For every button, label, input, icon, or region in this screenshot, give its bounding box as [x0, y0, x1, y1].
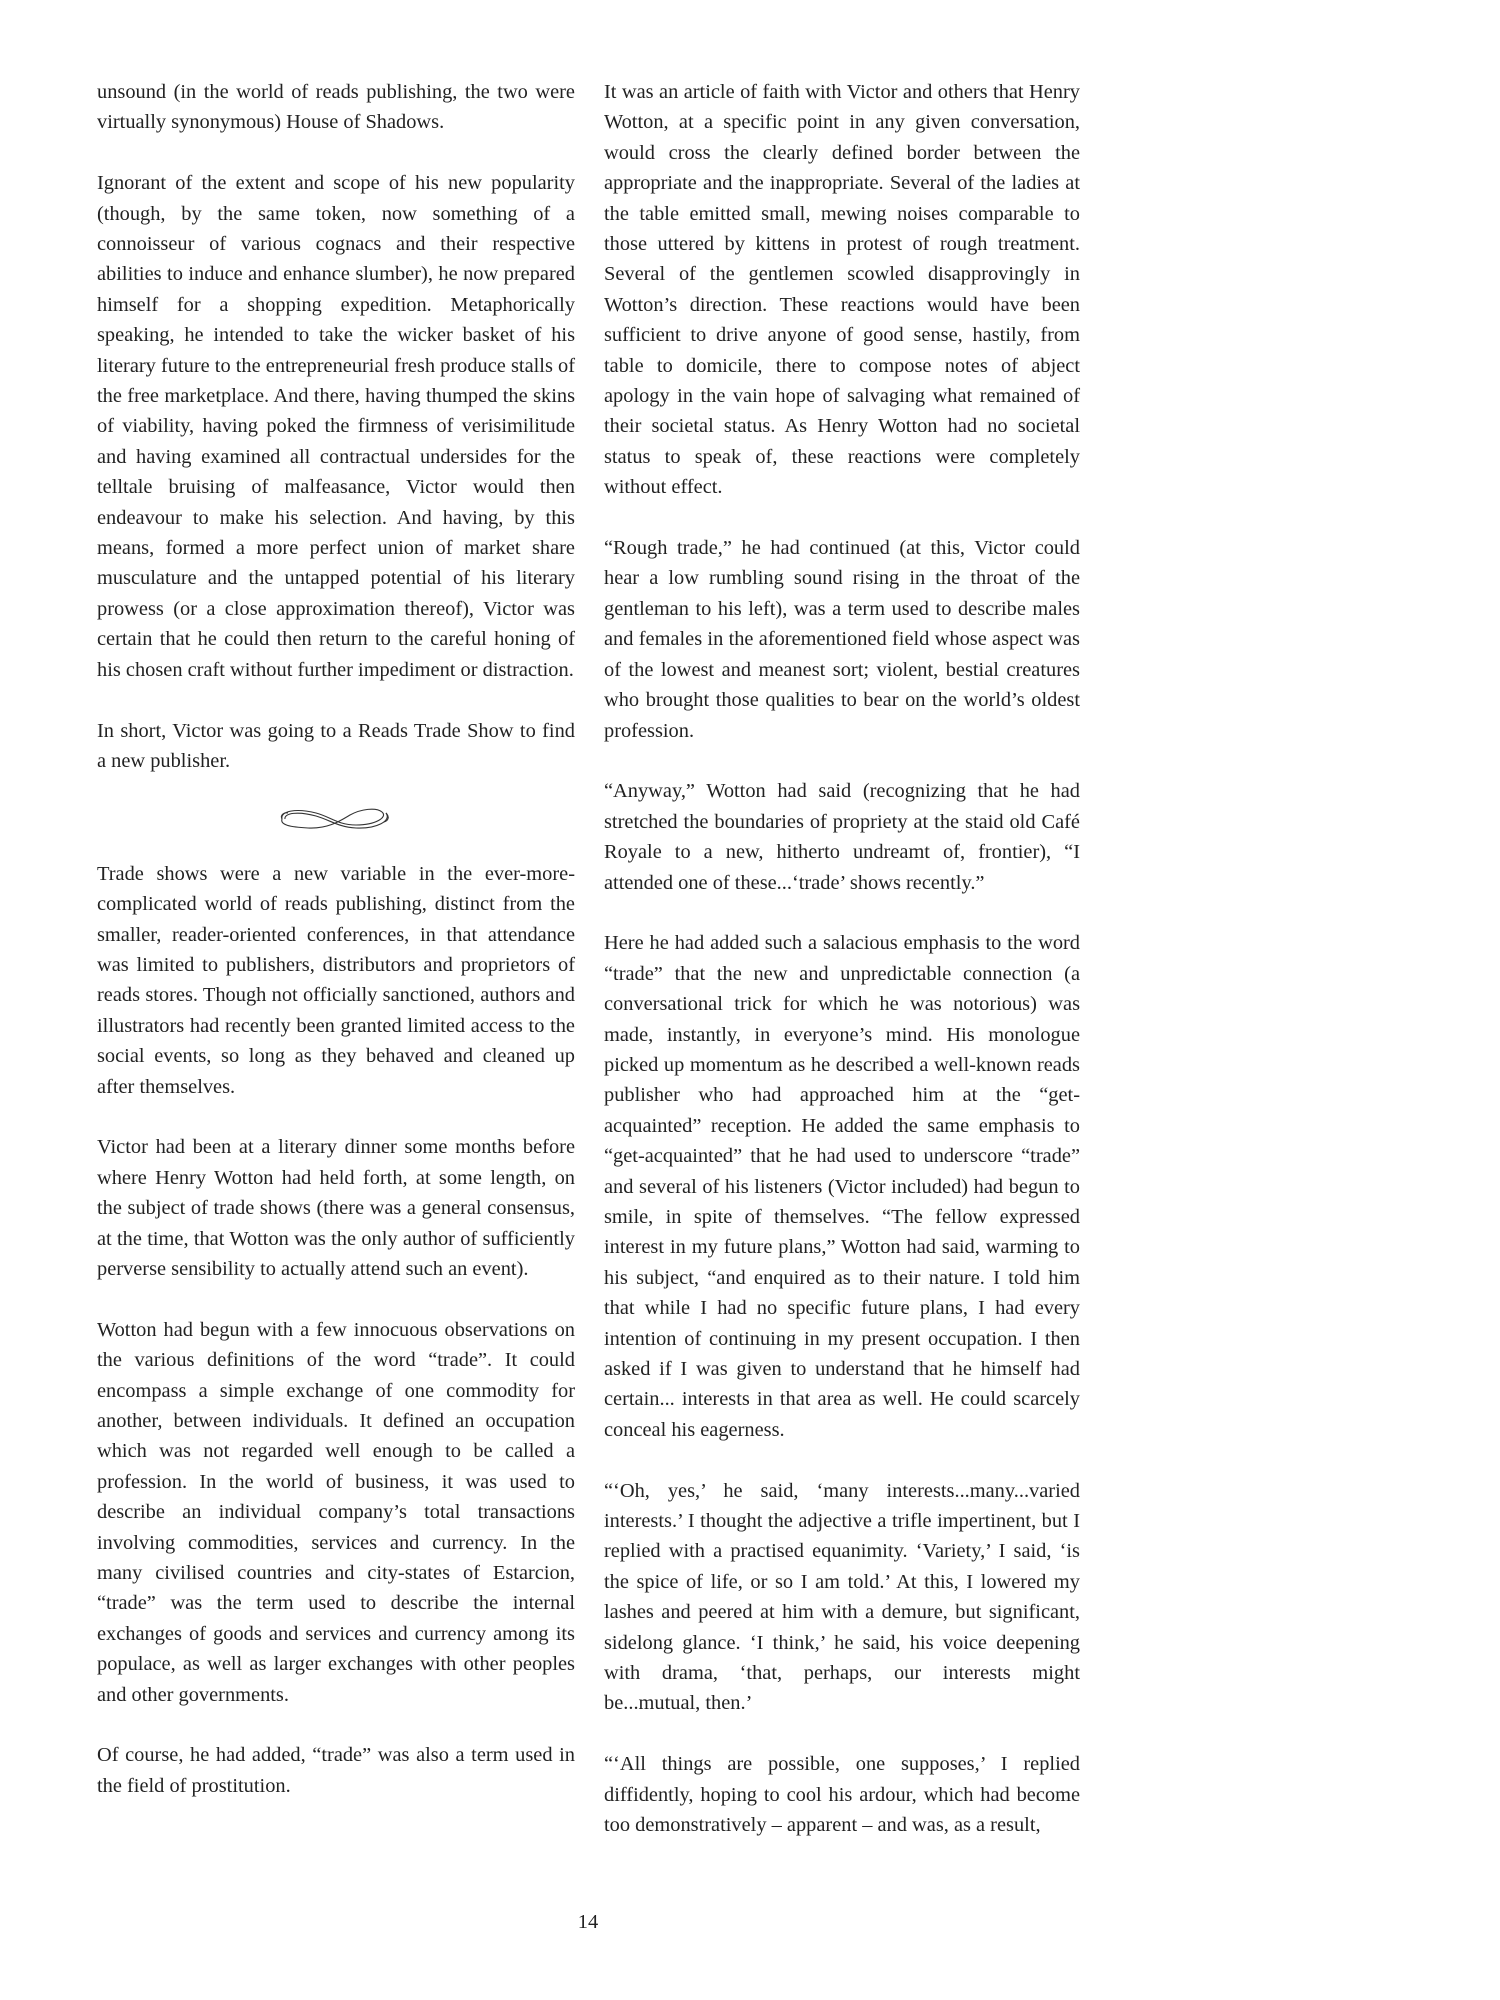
- section-break-flourish-icon: [276, 803, 396, 833]
- paragraph: “Anyway,” Wotton had said (recognizing t…: [604, 776, 1080, 898]
- page-number: 14: [0, 1907, 1176, 1937]
- paragraph: unsound (in the world of reads publishin…: [97, 77, 575, 138]
- paragraph: Here he had added such a salacious empha…: [604, 928, 1080, 1445]
- paragraph: Wotton had begun with a few innocuous ob…: [97, 1315, 575, 1710]
- paragraph: “Rough trade,” he had continued (at this…: [604, 533, 1080, 746]
- left-column: unsound (in the world of reads publishin…: [97, 77, 575, 1832]
- paragraph: Trade shows were a new variable in the e…: [97, 859, 575, 1102]
- paragraph: Victor had been at a literary dinner som…: [97, 1132, 575, 1284]
- paragraph: In short, Victor was going to a Reads Tr…: [97, 716, 575, 777]
- paragraph: “‘Oh, yes,’ he said, ‘many interests...m…: [604, 1476, 1080, 1719]
- right-column: It was an article of faith with Victor a…: [604, 77, 1080, 1871]
- paragraph: Ignorant of the extent and scope of his …: [97, 168, 575, 685]
- paragraph: Of course, he had added, “trade” was als…: [97, 1740, 575, 1801]
- book-page: unsound (in the world of reads publishin…: [0, 0, 1500, 2000]
- paragraph: “‘All things are possible, one supposes,…: [604, 1749, 1080, 1840]
- paragraph: It was an article of faith with Victor a…: [604, 77, 1080, 503]
